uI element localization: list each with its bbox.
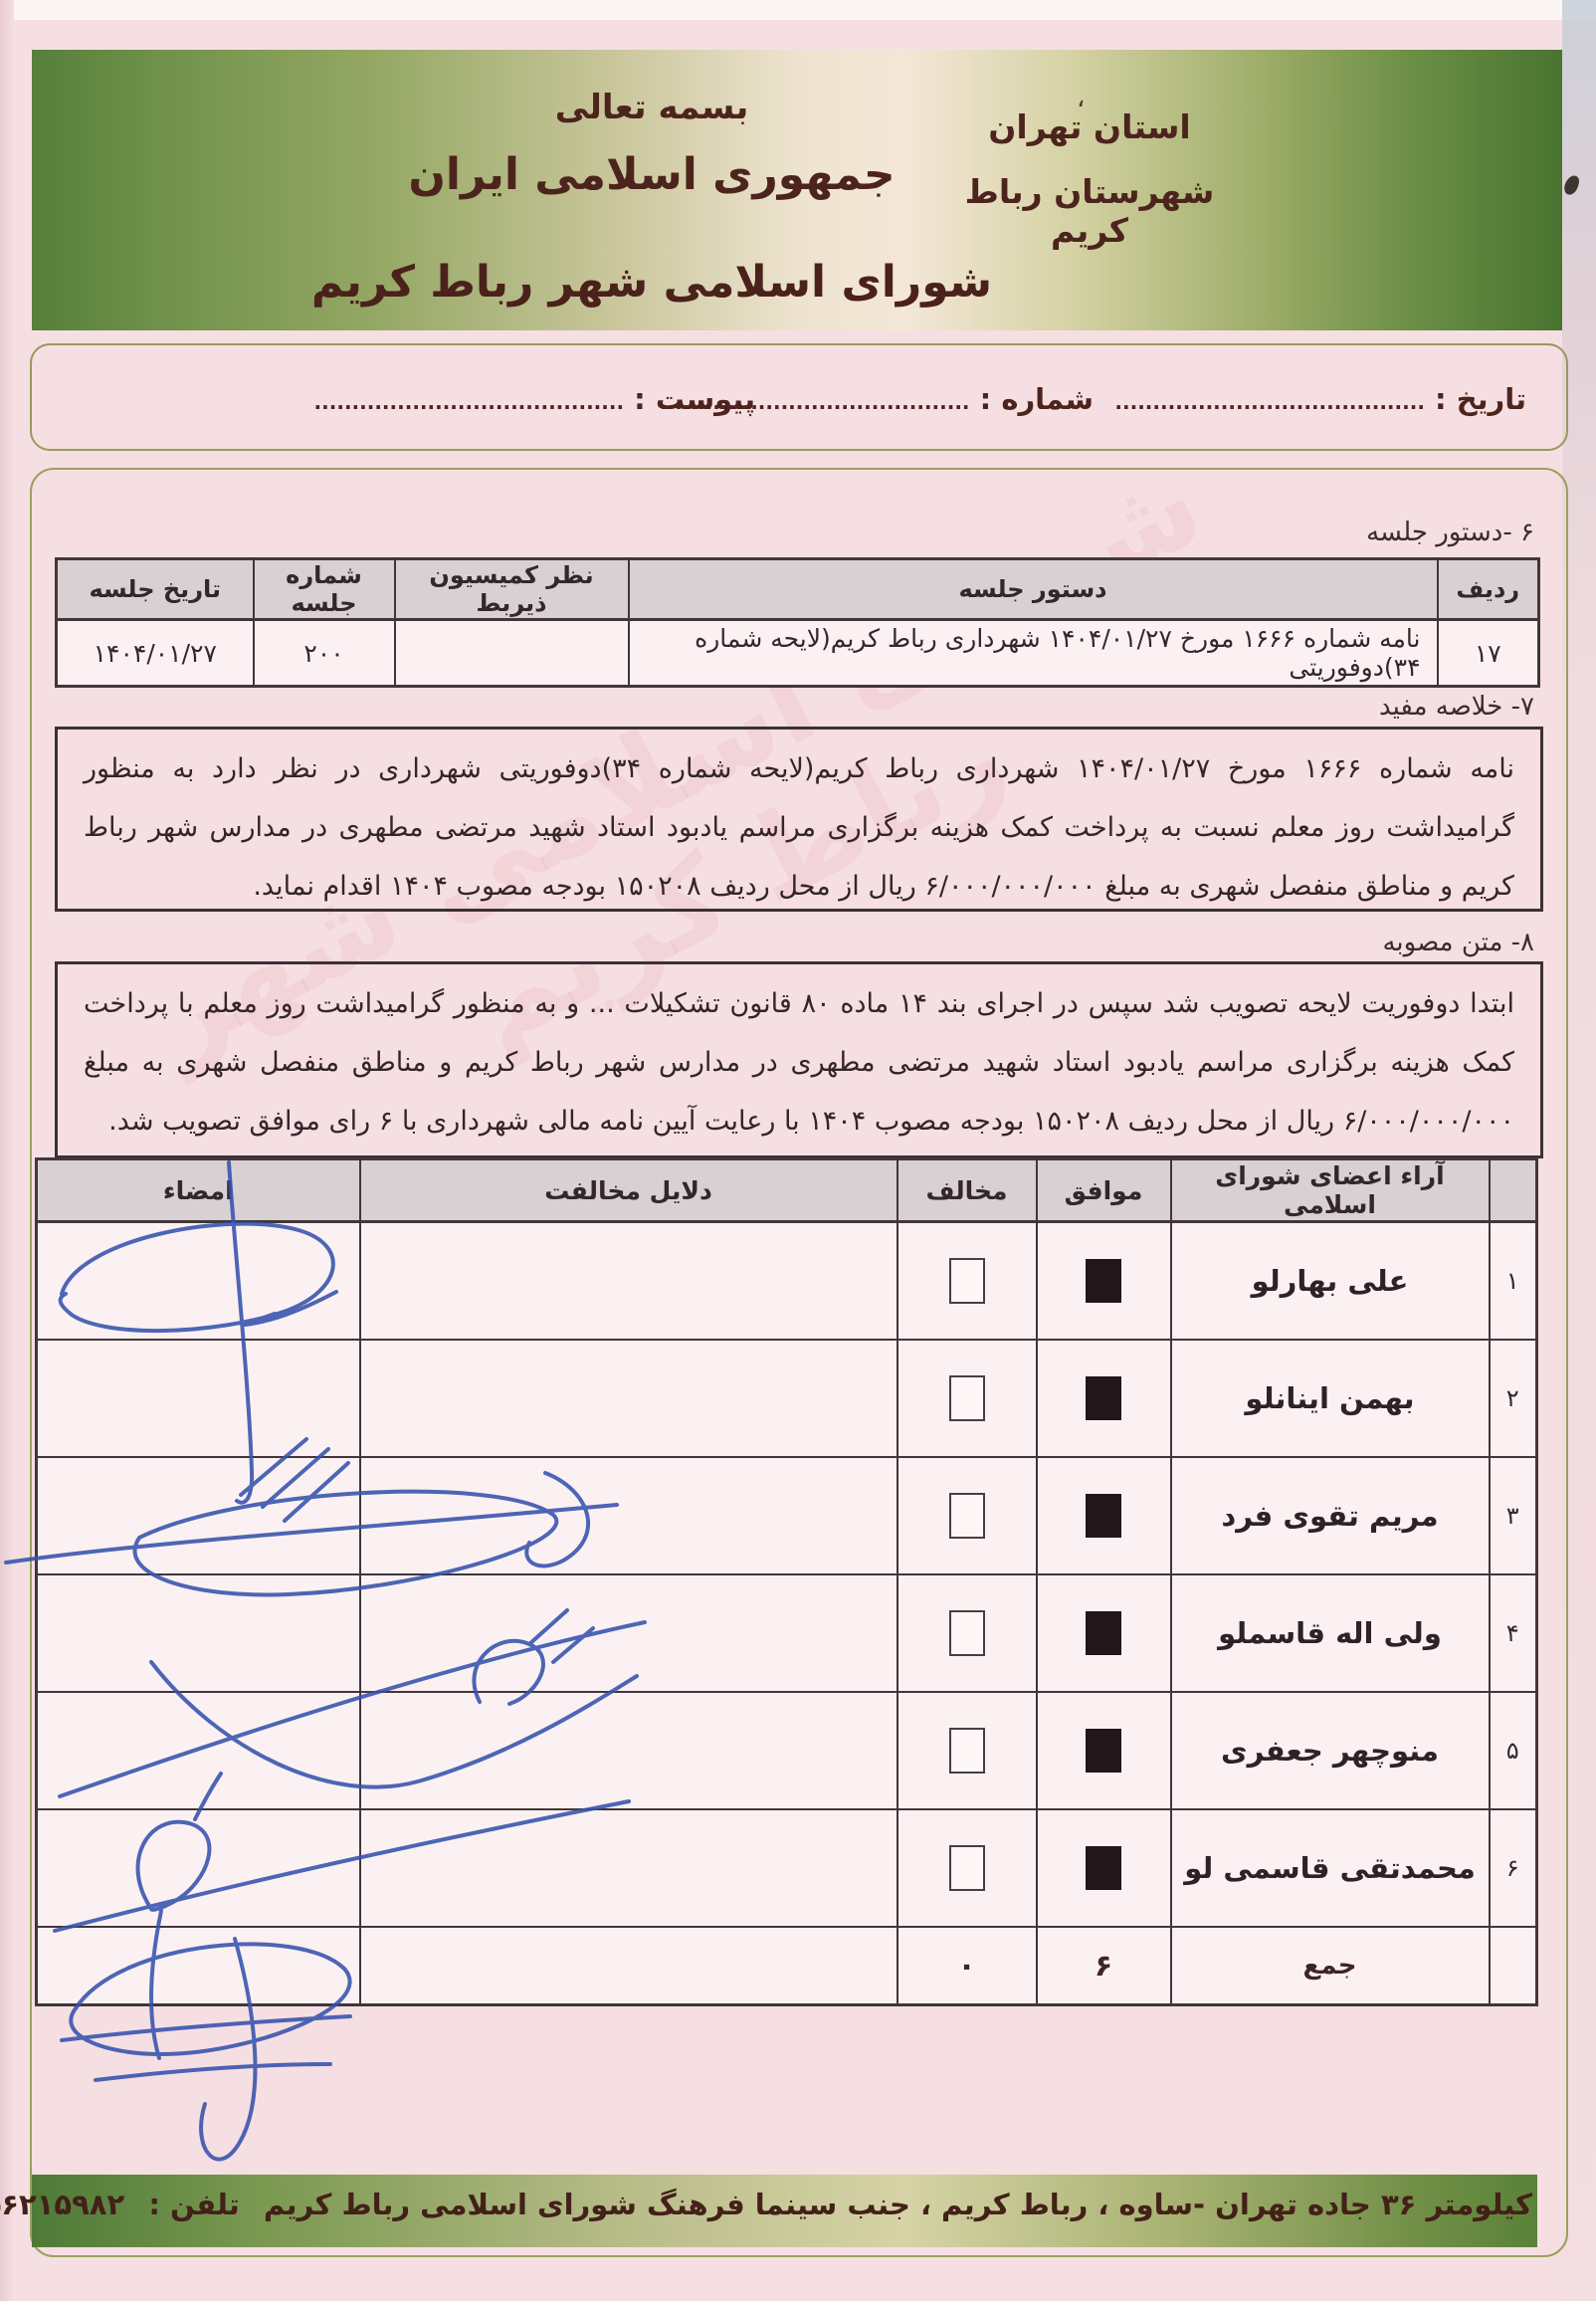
attachment-blank-line: ........................................…	[314, 390, 625, 414]
footer-address: کیلومتر ۳۶ جاده تهران -ساوه ، رباط کریم …	[264, 2188, 1532, 2221]
col-session-no: شماره جلسه	[254, 559, 395, 620]
objection-reasons-cell	[360, 1692, 898, 1809]
col-radif: ردیف	[1438, 559, 1539, 620]
agenda-data-row: ۱۷ نامه شماره ۱۶۶۶ مورخ ۱۴۰۴/۰۱/۲۷ شهردا…	[57, 620, 1539, 687]
col-session-date: تاریخ جلسه	[57, 559, 254, 620]
col-row-no	[1490, 1159, 1537, 1222]
member-name: ولی اله قاسملو	[1171, 1574, 1490, 1692]
signature-cell	[37, 1457, 360, 1574]
against-checkbox	[898, 1574, 1037, 1692]
vote-table: آراء اعضای شورای اسلامی موافق مخالف دلای…	[35, 1157, 1538, 2006]
against-checkbox	[898, 1809, 1037, 1927]
total-empty-reasons	[360, 1927, 898, 2005]
county-title: شهرستان رباط کریم	[925, 172, 1254, 250]
agree-checkbox	[1037, 1222, 1171, 1341]
checkbox-empty-icon	[949, 1728, 985, 1774]
total-label: جمع	[1171, 1927, 1490, 2005]
row-number: ۳	[1490, 1457, 1537, 1574]
checkbox-filled-icon	[1086, 1611, 1121, 1655]
agree-checkbox	[1037, 1809, 1171, 1927]
agree-checkbox	[1037, 1692, 1171, 1809]
objection-reasons-cell	[360, 1574, 898, 1692]
council-title: شورای اسلامی شهر رباط کریم	[239, 257, 1065, 308]
objection-reasons-cell	[360, 1809, 898, 1927]
member-name: محمدتقی قاسمی لو	[1171, 1809, 1490, 1927]
col-objection-reasons: دلایل مخالفت	[360, 1159, 898, 1222]
checkbox-empty-icon	[949, 1258, 985, 1304]
col-commission: نظر کمیسیون ذیربط	[395, 559, 629, 620]
objection-reasons-cell	[360, 1340, 898, 1457]
row-number: ۱	[1490, 1222, 1537, 1341]
checkbox-empty-icon	[949, 1493, 985, 1539]
checkbox-filled-icon	[1086, 1259, 1121, 1303]
against-checkbox	[898, 1457, 1037, 1574]
section7-title: ۷- خلاصه مفید	[1379, 692, 1534, 722]
col-against: مخالف	[898, 1159, 1037, 1222]
province-title: استان تهران	[925, 107, 1254, 146]
signature-cell	[37, 1222, 360, 1341]
signature-cell	[37, 1340, 360, 1457]
attachment-field: پیوست : ................................…	[314, 382, 755, 416]
agenda-header-row: ردیف دستور جلسه نظر کمیسیون ذیربط شماره …	[57, 559, 1539, 620]
footer-phone-label: تلفن :	[148, 2188, 239, 2221]
member-name: منوچهر جعفری	[1171, 1692, 1490, 1809]
vote-header-row: آراء اعضای شورای اسلامی موافق مخالف دلای…	[37, 1159, 1537, 1222]
scan-pen-mark: ،	[1077, 84, 1085, 113]
vote-row: ۶ محمدتقی قاسمی لو	[37, 1809, 1537, 1927]
agree-checkbox	[1037, 1574, 1171, 1692]
signature-cell	[37, 1692, 360, 1809]
member-name: بهمن اینانلو	[1171, 1340, 1490, 1457]
scan-top-edge	[0, 0, 1596, 20]
agree-checkbox	[1037, 1457, 1171, 1574]
footer-address-line: کیلومتر ۳۶ جاده تهران -ساوه ، رباط کریم …	[40, 2188, 1532, 2221]
col-for: موافق	[1037, 1159, 1171, 1222]
agenda-radif: ۱۷	[1438, 620, 1539, 687]
col-members: آراء اعضای شورای اسلامی	[1171, 1159, 1490, 1222]
total-for: ۶	[1037, 1927, 1171, 2005]
vote-row: ۲ بهمن اینانلو	[37, 1340, 1537, 1457]
checkbox-empty-icon	[949, 1375, 985, 1421]
checkbox-filled-icon	[1086, 1729, 1121, 1773]
number-label: شماره :	[980, 382, 1094, 416]
row-number: ۲	[1490, 1340, 1537, 1457]
against-checkbox	[898, 1692, 1037, 1809]
scanned-council-resolution-page: { "header": { "bismillah": "بسمه تعالی",…	[0, 0, 1596, 2301]
row-number: ۶	[1490, 1809, 1537, 1927]
member-name: علی بهارلو	[1171, 1222, 1490, 1341]
agenda-text: نامه شماره ۱۶۶۶ مورخ ۱۴۰۴/۰۱/۲۷ شهرداری …	[629, 620, 1438, 687]
scan-left-edge	[0, 0, 14, 2301]
header-right-titles: استان تهران شهرستان رباط کریم	[925, 107, 1254, 250]
agenda-session-no: ۲۰۰	[254, 620, 395, 687]
section8-title: ۸- متن مصوبه	[1382, 928, 1534, 957]
against-checkbox	[898, 1340, 1037, 1457]
col-agenda: دستور جلسه	[629, 559, 1438, 620]
footer-phone: ۵۶۲۱۵۹۸۲	[0, 2188, 124, 2221]
member-name: مریم تقوی فرد	[1171, 1457, 1490, 1574]
total-empty-no	[1490, 1927, 1537, 2005]
date-field: تاریخ : ................................…	[1114, 382, 1526, 416]
summary-box: نامه شماره ۱۶۶۶ مورخ ۱۴۰۴/۰۱/۲۷ شهرداری …	[55, 727, 1543, 912]
col-signature: امضاء	[37, 1159, 360, 1222]
date-label: تاریخ :	[1435, 382, 1526, 416]
checkbox-empty-icon	[949, 1610, 985, 1656]
vote-total-row: جمع ۶ ۰	[37, 1927, 1537, 2005]
row-number: ۴	[1490, 1574, 1537, 1692]
agenda-commission	[395, 620, 629, 687]
checkbox-filled-icon	[1086, 1494, 1121, 1538]
agenda-session-date: ۱۴۰۴/۰۱/۲۷	[57, 620, 254, 687]
checkbox-filled-icon	[1086, 1376, 1121, 1420]
objection-reasons-cell	[360, 1457, 898, 1574]
vote-row: ۴ ولی اله قاسملو	[37, 1574, 1537, 1692]
agenda-table: ردیف دستور جلسه نظر کمیسیون ذیربط شماره …	[55, 557, 1540, 688]
vote-row: ۱ علی بهارلو	[37, 1222, 1537, 1341]
date-blank-line: ........................................…	[1114, 390, 1425, 414]
objection-reasons-cell	[360, 1222, 898, 1341]
resolution-box: ابتدا دوفوریت لایحه تصویب شد سپس در اجرا…	[55, 961, 1543, 1158]
checkbox-empty-icon	[949, 1845, 985, 1891]
section6-title: ۶ -دستور جلسه	[1366, 518, 1534, 547]
row-number: ۵	[1490, 1692, 1537, 1809]
vote-row: ۵ منوچهر جعفری	[37, 1692, 1537, 1809]
total-against: ۰	[898, 1927, 1037, 2005]
signature-cell	[37, 1809, 360, 1927]
agree-checkbox	[1037, 1340, 1171, 1457]
total-empty-signature	[37, 1927, 360, 2005]
vote-row: ۳ مریم تقوی فرد	[37, 1457, 1537, 1574]
checkbox-filled-icon	[1086, 1846, 1121, 1890]
against-checkbox	[898, 1222, 1037, 1341]
signature-cell	[37, 1574, 360, 1692]
attachment-label: پیوست :	[634, 382, 755, 416]
